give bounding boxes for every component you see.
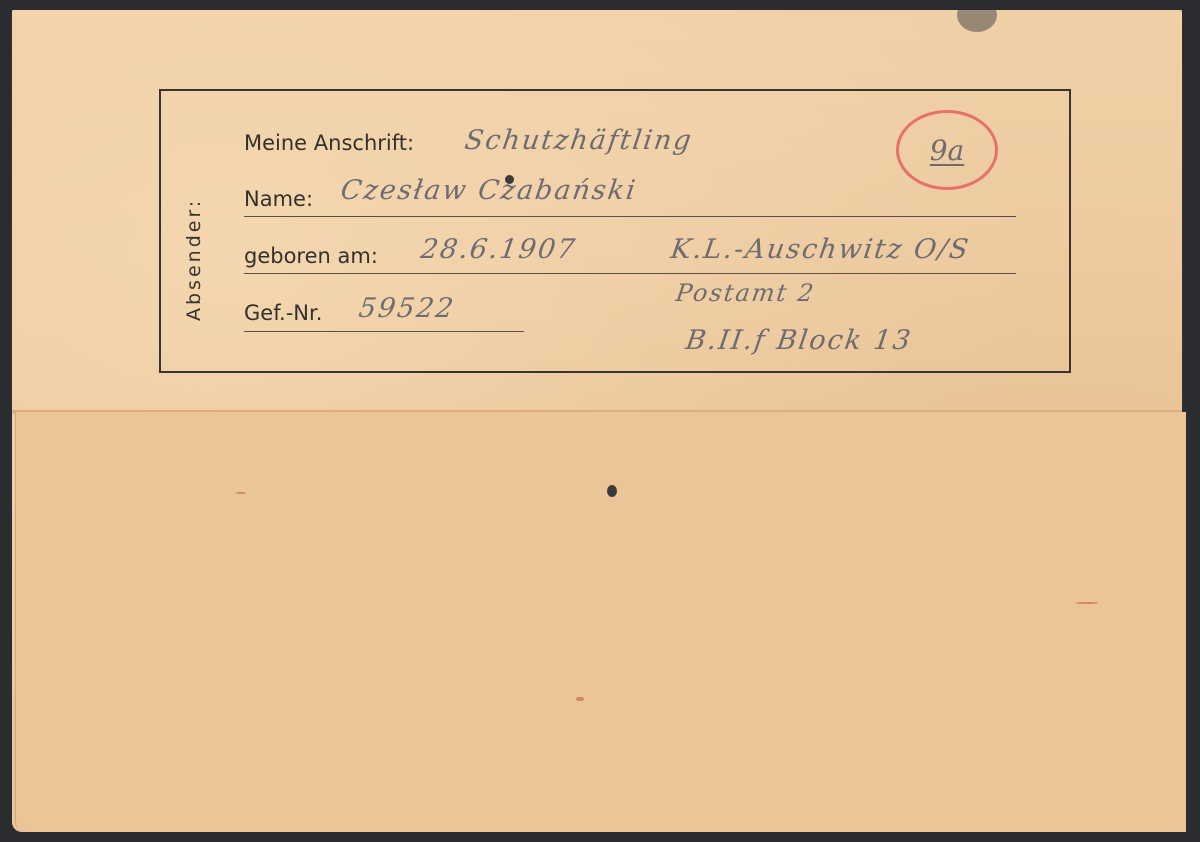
paper-fiber [576,697,584,701]
name-value: Czesław Czabański [339,175,639,206]
address-label: Meine Anschrift: [244,131,414,155]
name-label: Name: [244,187,313,211]
prisoner-number-value: 59522 [357,293,457,324]
camp-address-line1: K.L.-Auschwitz O/S [669,234,972,265]
prisoner-number-label: Gef.-Nr. [244,301,322,325]
stamp-text: 9a [930,134,965,167]
red-circle-stamp: 9a [896,110,998,190]
prisoner-number-rule [244,331,524,332]
letter-sheet: Absender: Meine Anschrift: Schutzhäftlin… [12,10,1182,832]
paper-fiber [1076,602,1098,604]
ink-dot [607,485,617,497]
name-rule [244,216,1016,217]
absender-label: Absender: [183,198,205,321]
paper-fiber [236,492,246,494]
top-flap: Absender: Meine Anschrift: Schutzhäftlin… [12,10,1182,412]
birthdate-value: 28.6.1907 [419,234,579,265]
birthdate-rule [244,273,1016,274]
bottom-panel [15,412,1186,832]
camp-address-line3: B.II.f Block 13 [684,325,914,356]
birthdate-label: geboren am: [244,244,378,268]
camp-address-line2: Postamt 2 [674,279,817,307]
address-value: Schutzhäftling [463,125,695,156]
ink-dot [505,175,514,184]
